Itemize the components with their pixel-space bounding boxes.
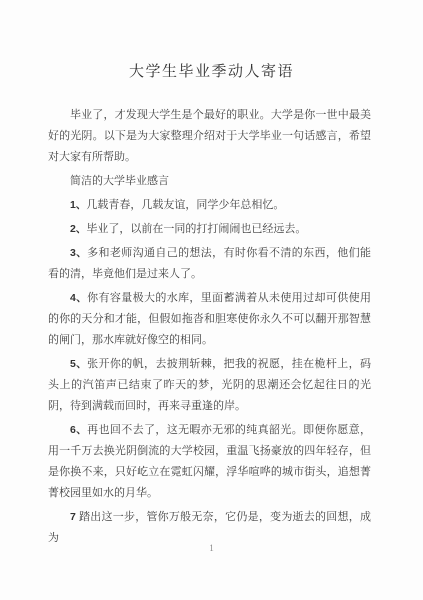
paragraph: 简洁的大学毕业感言 xyxy=(48,171,371,192)
paragraph: 6、再也回不去了，这无暇亦无邪的纯真韶光。即便你愿意，用一千万去换光阴倒流的大学… xyxy=(48,420,371,504)
paragraph-number: 1、 xyxy=(70,199,86,211)
paragraph-text: 多和老师沟通自己的想法，有时你看不清的东西，他们能看的清，毕竟他们是过来人了。 xyxy=(48,247,371,280)
paragraph: 2、毕业了，以前在一同的打打闹闹也已经远去。 xyxy=(48,219,371,240)
paragraph: 4、你有容量极大的水库，里面蓄满着从未使用过却可供使用的你的天分和才能，但假如拖… xyxy=(48,288,371,351)
paragraph: 5、张开你的帆，去披荆斩棘，把我的祝愿，挂在桅杆上，码头上的汽笛声已结束了昨天的… xyxy=(48,354,371,417)
document-title: 大学生毕业季动人寄语 xyxy=(0,60,423,81)
page-number: 1 xyxy=(0,543,423,553)
paragraph-number: 7 xyxy=(70,511,79,523)
document-page: 大学生毕业季动人寄语 毕业了，才发现大学生是个最好的职业。大学是你一世中最美好的… xyxy=(0,0,423,600)
document-body: 毕业了，才发现大学生是个最好的职业。大学是你一世中最美好的光阴。以下是为大家整理… xyxy=(0,105,423,549)
paragraph-number: 5、 xyxy=(70,358,87,370)
paragraph-text: 简洁的大学毕业感言 xyxy=(70,175,169,187)
paragraph-number: 2、 xyxy=(70,223,86,235)
paragraph-text: 张开你的帆，去披荆斩棘，把我的祝愿，挂在桅杆上，码头上的汽笛声已结束了昨天的梦，… xyxy=(48,358,371,412)
paragraph: 毕业了，才发现大学生是个最好的职业。大学是你一世中最美好的光阴。以下是为大家整理… xyxy=(48,105,371,168)
paragraph-number: 4、 xyxy=(70,292,87,304)
paragraph-number: 6、 xyxy=(70,424,87,436)
paragraph-number: 3、 xyxy=(70,247,87,259)
paragraph: 1、几载青春，几载友谊，同学少年总相忆。 xyxy=(48,195,371,216)
paragraph-text: 毕业了，以前在一同的打打闹闹也已经远去。 xyxy=(86,223,306,235)
paragraph-text: 踏出这一步，管你万般无奈，它仍是，变为逝去的回想，成为 xyxy=(48,511,371,544)
paragraph-text: 再也回不去了，这无暇亦无邪的纯真韶光。即便你愿意，用一千万去换光阴倒流的大学校园… xyxy=(48,424,371,499)
paragraph-text: 你有容量极大的水库，里面蓄满着从未使用过却可供使用的你的天分和才能，但假如拖沓和… xyxy=(48,292,371,346)
paragraph-text: 几载青春，几载友谊，同学少年总相忆。 xyxy=(86,199,284,211)
paragraph-text: 毕业了，才发现大学生是个最好的职业。大学是你一世中最美好的光阴。以下是为大家整理… xyxy=(48,109,371,163)
paragraph: 3、多和老师沟通自己的想法，有时你看不清的东西，他们能看的清，毕竟他们是过来人了… xyxy=(48,243,371,285)
